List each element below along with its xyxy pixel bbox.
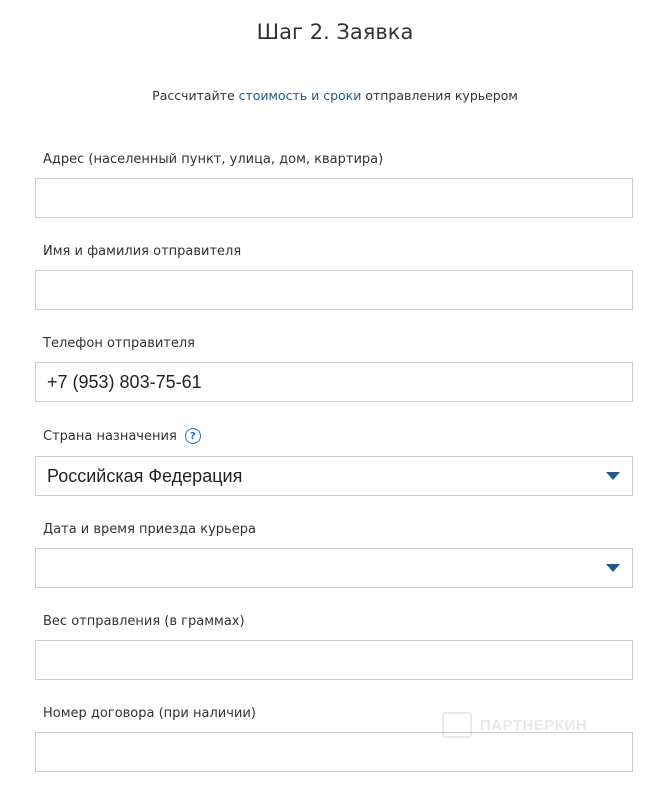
sender-phone-value: +7 (953) 803-75-61 <box>47 372 202 393</box>
weight-label: Вес отправления (в граммах) <box>43 614 245 629</box>
watermark-text: ПАРТНЕРКИН <box>480 717 587 734</box>
subtitle-text-before: Рассчитайте <box>152 88 238 103</box>
destination-country-value: Российская Федерация <box>47 466 242 487</box>
sender-phone-label: Телефон отправителя <box>43 336 195 351</box>
sender-name-label: Имя и фамилия отправителя <box>43 244 241 259</box>
weight-input[interactable] <box>35 640 633 680</box>
watermark: ПАРТНЕРКИН <box>442 712 587 738</box>
destination-country-label-text: Страна назначения <box>43 429 177 444</box>
chevron-down-icon[interactable] <box>606 564 620 572</box>
contract-number-label: Номер договора (при наличии) <box>43 706 256 721</box>
courier-datetime-label: Дата и время приезда курьера <box>43 522 256 537</box>
chevron-down-icon[interactable] <box>606 472 620 480</box>
destination-country-label: Страна назначения ? <box>43 428 201 444</box>
cost-and-terms-link[interactable]: стоимость и сроки <box>239 88 362 103</box>
contract-number-input[interactable] <box>35 732 633 772</box>
destination-country-select[interactable]: Российская Федерация <box>35 456 633 496</box>
sender-name-input[interactable] <box>35 270 633 310</box>
chat-bubble-icon <box>442 712 472 738</box>
address-label: Адрес (населенный пункт, улица, дом, ква… <box>43 152 383 167</box>
page-subtitle: Рассчитайте стоимость и сроки отправлени… <box>0 88 651 103</box>
question-circle-icon[interactable]: ? <box>185 428 201 444</box>
sender-phone-input[interactable]: +7 (953) 803-75-61 <box>35 362 633 402</box>
address-input[interactable] <box>35 178 633 218</box>
page-title: Шаг 2. Заявка <box>0 20 651 44</box>
subtitle-text-after: отправления курьером <box>361 88 517 103</box>
courier-datetime-select[interactable] <box>35 548 633 588</box>
